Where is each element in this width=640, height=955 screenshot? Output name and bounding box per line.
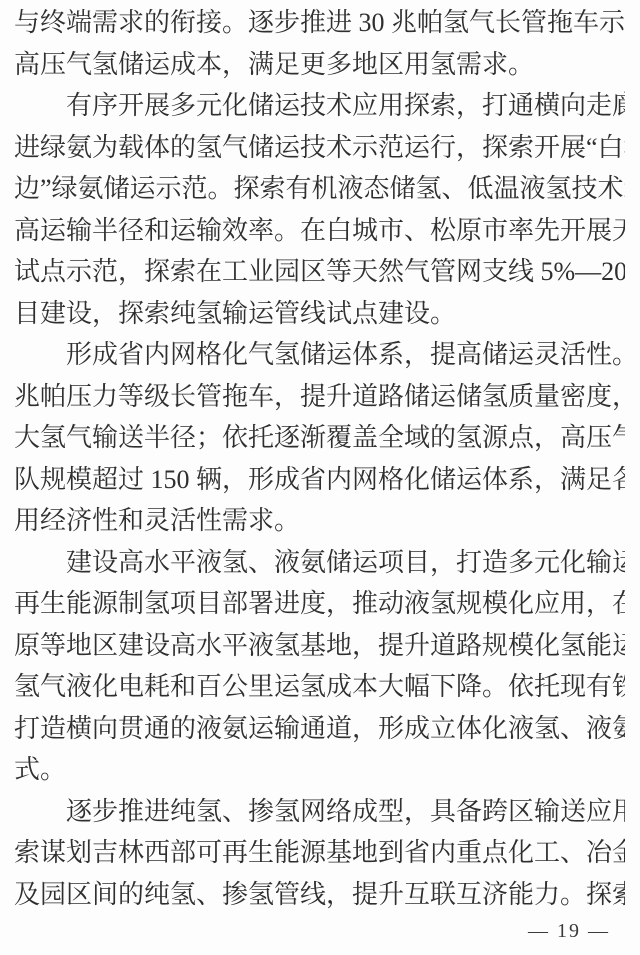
document-page: 与终端需求的衔接。逐步推进 30 兆帕氢气长管拖车示范，降低高压气氢储运成本，满… bbox=[0, 0, 640, 955]
text-line: 形成省内网格化气氢储运体系，提高储运灵活性。探索 45 bbox=[14, 334, 625, 376]
text-line: 有序开展多元化储运技术应用探索，打通横向走廊。积极推 bbox=[14, 85, 625, 127]
text-lines: 与终端需求的衔接。逐步推进 30 兆帕氢气长管拖车示范，降低高压气氢储运成本，满… bbox=[14, 2, 625, 915]
text-line: 用经济性和灵活性需求。 bbox=[14, 500, 625, 542]
text-line: 原等地区建设高水平液氢基地，提升道路规模化氢能运输能力， bbox=[14, 625, 625, 667]
text-line: 氢气液化电耗和百公里运氢成本大幅下降。依托现有铁路网络， bbox=[14, 666, 625, 708]
text-line: 再生能源制氢项目部署进度，推动液氢规模化应用，在白城、松 bbox=[14, 583, 625, 625]
text-line: 大氢气输送半径；依托逐渐覆盖全域的氢源点，高压气氢储运车 bbox=[14, 417, 625, 459]
text-line: 与终端需求的衔接。逐步推进 30 兆帕氢气长管拖车示范，降低 bbox=[14, 2, 625, 44]
text-line: 进绿氨为载体的氢气储运技术示范运行，探索开展“白城—延 bbox=[14, 127, 625, 169]
text-line: 目建设，探索纯氢输运管线试点建设。 bbox=[14, 293, 625, 335]
text-line: 兆帕压力等级长管拖车，提升道路储运储氢质量密度，进一步扩 bbox=[14, 376, 625, 418]
text-line: 试点示范，探索在工业园区等天然气管网支线 5%—20%掺氢项 bbox=[14, 251, 625, 293]
text-line: 索谋划吉林西部可再生能源基地到省内重点化工、冶金园区，以 bbox=[14, 832, 625, 874]
page-number: — 19 — bbox=[528, 918, 610, 944]
text-line: 建设高水平液氢、液氨储运项目，打造多元化输运。统筹可 bbox=[14, 542, 625, 584]
text-line: 队规模超过 150 辆，形成省内网格化储运体系，满足各地氢能利 bbox=[14, 459, 625, 501]
text-line: 及园区间的纯氢、掺氢管线，提升互联互济能力。探索中俄天然 bbox=[14, 874, 625, 916]
text-line: 高压气氢储运成本，满足更多地区用氢需求。 bbox=[14, 44, 625, 86]
text-line: 高运输半径和运输效率。在白城市、松原市率先开展天然气掺氢 bbox=[14, 210, 625, 252]
text-line: 打造横向贯通的液氨运输通道，形成立体化液氢、液氨输运模 bbox=[14, 708, 625, 750]
text-line: 边”绿氨储运示范。探索有机液态储氢、低温液氢技术示范，提 bbox=[14, 168, 625, 210]
text-line: 式。 bbox=[14, 749, 625, 791]
text-line: 逐步推进纯氢、掺氢网络成型，具备跨区输送应用能力。探 bbox=[14, 791, 625, 833]
